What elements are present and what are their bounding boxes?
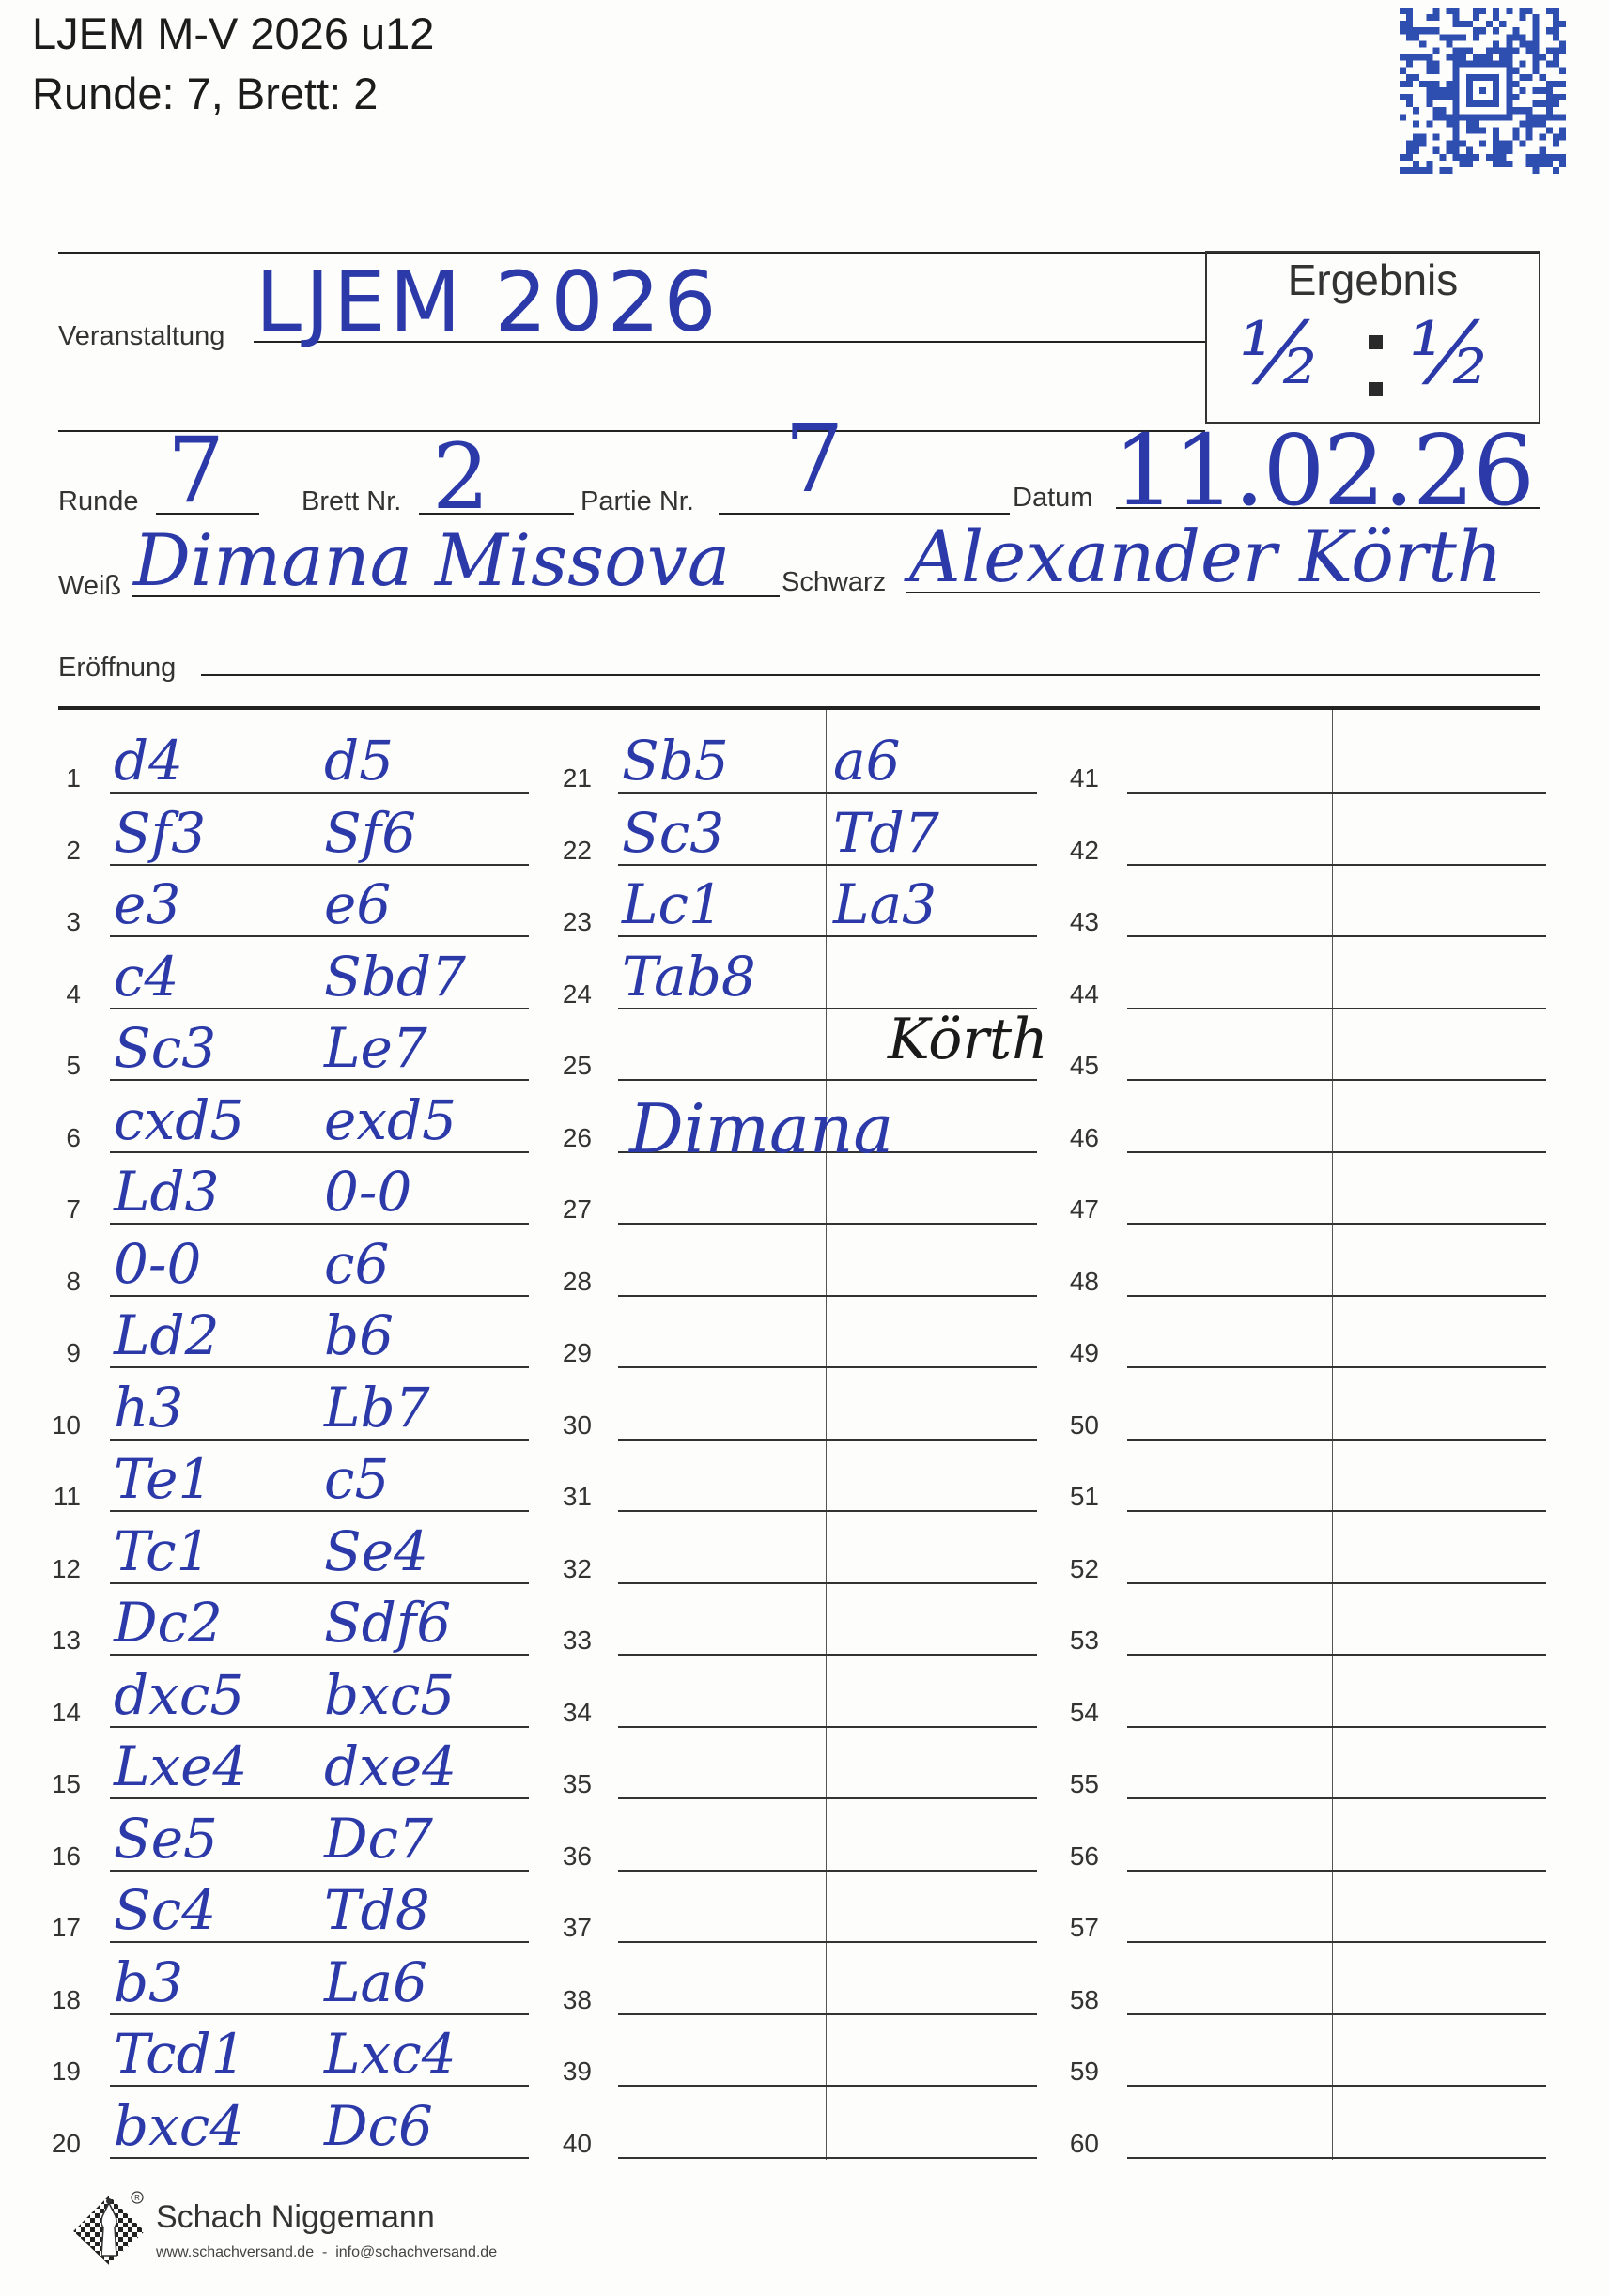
event-label: Veranstaltung [58,321,224,352]
black-move-cell[interactable]: La3 [833,877,937,932]
round-board-subtitle: Runde: 7, Brett: 2 [32,68,378,119]
move-number: 12 [43,1554,81,1584]
result-separator-bottom [1369,382,1383,396]
black-move-cell[interactable]: d5 [324,733,394,788]
move-number: 20 [43,2129,81,2159]
move-number: 44 [1061,979,1099,1009]
move-number: 23 [554,907,592,937]
black-move-cell[interactable]: Le7 [324,1021,427,1075]
white-move-cell[interactable]: Lxe4 [114,1739,247,1794]
move-number: 46 [1061,1123,1099,1153]
move-line [1127,1366,1546,1368]
second-rule [58,430,1205,432]
move-number: 52 [1061,1554,1099,1584]
move-line [618,2013,1037,2015]
qr-code-icon [1400,8,1566,174]
white-signature: Dimana [629,1089,893,1168]
black-move-cell[interactable]: exd5 [324,1093,457,1148]
black-move-cell[interactable]: Sdf6 [324,1595,451,1650]
date-label: Datum [1013,483,1092,514]
black-move-cell[interactable]: Td8 [324,1883,430,1937]
date-field[interactable]: 11.02.26 [1113,413,1533,528]
move-number: 18 [43,1985,81,2015]
table-top-rule [58,706,1540,710]
move-line [1127,1223,1546,1225]
black-move-cell[interactable]: b6 [324,1308,394,1363]
white-move-cell[interactable]: Sf3 [114,806,206,860]
white-move-cell[interactable]: Lc1 [622,877,723,932]
move-number: 58 [1061,1985,1099,2015]
move-number: 8 [43,1267,81,1297]
white-move-cell[interactable]: h3 [114,1380,183,1435]
black-label: Schwarz [782,567,886,598]
result-box: Ergebnis ½ ½ [1205,251,1540,424]
black-move-cell[interactable]: La6 [324,1955,427,2010]
white-move-cell[interactable]: Tc1 [114,1524,211,1579]
black-player-field[interactable]: Alexander Körth [909,515,1503,598]
move-number: 47 [1061,1194,1099,1225]
white-move-cell[interactable]: Tab8 [622,949,756,1004]
move-number: 35 [554,1769,592,1799]
move-line [618,1654,1037,1656]
move-number: 21 [554,763,592,794]
black-move-cell[interactable]: c6 [324,1237,389,1291]
white-move-cell[interactable]: Te1 [114,1452,212,1506]
move-number: 54 [1061,1698,1099,1728]
move-line [1127,1797,1546,1799]
white-move-cell[interactable]: bxc4 [114,2099,244,2153]
move-line [618,1797,1037,1799]
white-move-cell[interactable]: b3 [114,1955,183,2010]
result-separator-top [1369,335,1383,349]
move-number: 42 [1061,836,1099,866]
white-move-cell[interactable]: Sc3 [622,806,724,860]
move-number: 6 [43,1123,81,1153]
move-number: 14 [43,1698,81,1728]
white-player-field[interactable]: Dimana Missova [133,518,730,602]
move-line [1127,1008,1546,1009]
black-move-cell[interactable]: e6 [324,877,391,932]
black-signature: Körth [888,1007,1048,1072]
move-number: 38 [554,1985,592,2015]
move-line [1127,2085,1546,2087]
move-line [618,1439,1037,1441]
white-label: Weiß [58,571,121,602]
move-number: 9 [43,1338,81,1368]
event-field[interactable]: LJEM 2026 [255,254,720,350]
white-move-cell[interactable]: cxd5 [114,1093,244,1148]
move-line [1127,2157,1546,2159]
white-move-cell[interactable]: e3 [114,877,180,932]
move-number: 59 [1061,2057,1099,2087]
move-number: 27 [554,1194,592,1225]
move-line [1127,1654,1546,1656]
move-number: 51 [1061,1482,1099,1512]
move-number: 41 [1061,763,1099,794]
white-move-cell[interactable]: 0-0 [114,1237,201,1291]
move-line [1127,1870,1546,1872]
black-move-cell[interactable]: a6 [833,733,900,788]
move-line [1127,1941,1546,1943]
move-line [1127,792,1546,794]
chess-king-logo-icon: R [71,2190,147,2265]
move-line [618,1366,1037,1368]
black-move-cell[interactable]: bxc5 [324,1668,455,1722]
move-line [1127,1295,1546,1297]
move-line [1127,1582,1546,1584]
board-label: Brett Nr. [302,486,401,517]
move-line [618,1510,1037,1512]
move-number: 48 [1061,1267,1099,1297]
move-number: 19 [43,2057,81,2087]
black-move-cell[interactable]: Td7 [833,806,939,860]
game-label: Partie Nr. [581,486,694,517]
move-number: 1 [43,763,81,794]
move-line [618,1870,1037,1872]
white-move-cell[interactable]: Sb5 [622,733,729,788]
move-number: 10 [43,1410,81,1441]
move-line [1127,1439,1546,1441]
move-number: 53 [1061,1626,1099,1656]
move-line [618,2157,1037,2159]
move-number: 36 [554,1841,592,1872]
move-line [618,2085,1037,2087]
black-move-cell[interactable]: c5 [324,1452,389,1506]
move-number: 5 [43,1051,81,1081]
move-line [618,1295,1037,1297]
move-line [618,1582,1037,1584]
move-number: 30 [554,1410,592,1441]
move-number: 4 [43,979,81,1009]
move-number: 39 [554,2057,592,2087]
black-move-cell[interactable]: Se4 [324,1524,428,1579]
move-number: 55 [1061,1769,1099,1799]
black-move-cell[interactable]: Dc6 [324,2099,433,2153]
move-number: 3 [43,907,81,937]
move-number: 37 [554,1913,592,1943]
result-white[interactable]: ½ [1239,303,1323,404]
move-line [618,1941,1037,1943]
move-number: 57 [1061,1913,1099,1943]
white-move-cell[interactable]: c4 [114,949,178,1004]
move-number: 34 [554,1698,592,1728]
move-number: 60 [1061,2129,1099,2159]
black-move-cell[interactable]: Dc7 [324,1811,433,1866]
move-number: 40 [554,2129,592,2159]
white-move-cell[interactable]: Tcd1 [114,2026,246,2081]
black-move-cell[interactable]: Sf6 [324,806,416,860]
move-number: 28 [554,1267,592,1297]
white-move-cell[interactable]: Ld3 [114,1164,220,1219]
move-number: 29 [554,1338,592,1368]
move-number: 15 [43,1769,81,1799]
move-number: 2 [43,836,81,866]
move-number: 49 [1061,1338,1099,1368]
move-number: 45 [1061,1051,1099,1081]
round-field[interactable]: 7 [167,418,224,523]
board-field[interactable]: 2 [432,424,489,530]
white-move-cell[interactable]: Sc3 [114,1021,216,1075]
result-black[interactable]: ½ [1409,303,1493,404]
move-number: 50 [1061,1410,1099,1441]
move-line [1127,1726,1546,1728]
black-move-cell[interactable]: 0-0 [324,1164,411,1219]
move-number: 16 [43,1841,81,1872]
move-number: 24 [554,979,592,1009]
opening-label: Eröffnung [58,653,176,684]
move-line [1127,2013,1546,2015]
brand-contact: www.schachversand.de - info@schachversan… [156,2244,497,2261]
black-move-cell[interactable]: Lxc4 [324,2026,457,2081]
result-label: Ergebnis [1207,254,1539,305]
move-line [618,1079,1037,1081]
move-number: 11 [43,1482,81,1512]
sheet-title: LJEM M-V 2026 u12 [32,8,434,59]
move-number: 7 [43,1194,81,1225]
move-number: 31 [554,1482,592,1512]
white-move-cell[interactable]: Dc2 [114,1595,223,1650]
black-move-cell[interactable]: Sbd7 [324,949,466,1004]
move-number: 33 [554,1626,592,1656]
move-line [1127,864,1546,866]
move-number: 43 [1061,907,1099,937]
move-line [1127,1079,1546,1081]
black-move-cell[interactable]: dxe4 [324,1739,457,1794]
move-number: 17 [43,1913,81,1943]
move-number: 22 [554,836,592,866]
move-number: 25 [554,1051,592,1081]
move-number: 56 [1061,1841,1099,1872]
move-number: 13 [43,1626,81,1656]
move-line [1127,1151,1546,1153]
white-move-cell[interactable]: Sc4 [114,1883,216,1937]
round-label: Runde [58,486,138,517]
move-line [1127,935,1546,937]
move-line [618,1223,1037,1225]
game-field[interactable]: 7 [784,404,844,514]
brand-name: Schach Niggemann [156,2199,435,2236]
white-move-cell[interactable]: Ld2 [114,1308,220,1363]
move-line [1127,1510,1546,1512]
opening-line [201,674,1540,676]
white-move-cell[interactable]: dxc5 [114,1668,244,1722]
move-number: 32 [554,1554,592,1584]
svg-text:R: R [134,2194,140,2202]
move-number: 26 [554,1123,592,1153]
white-move-cell[interactable]: Se5 [114,1811,218,1866]
move-line [618,1726,1037,1728]
white-move-cell[interactable]: d4 [114,733,183,788]
black-move-cell[interactable]: Lb7 [324,1380,430,1435]
